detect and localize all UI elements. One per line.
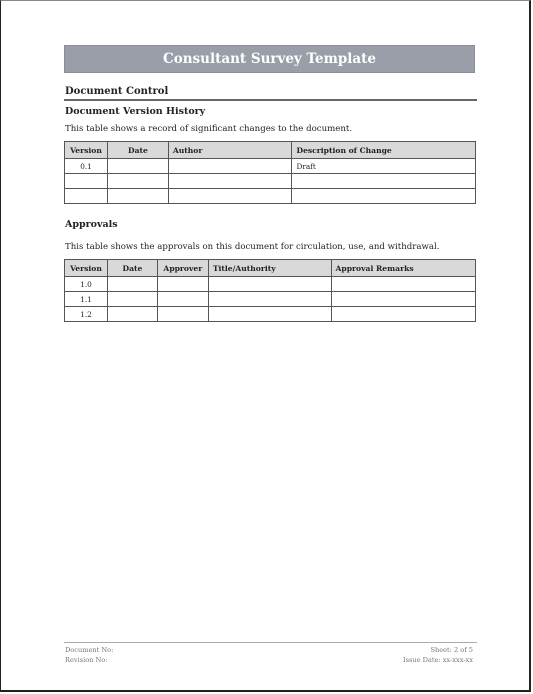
table-cell[interactable] [331,307,475,322]
table-cell[interactable]: 1.1 [65,292,108,307]
approvals-table: Version Date Approver Title/Authority Ap… [64,259,476,322]
heading-divider [64,99,477,101]
sheet-number: Sheet: 2 of 5 [403,645,473,655]
footer-left: Document No: Revision No: [65,645,113,665]
table-cell[interactable] [208,277,331,292]
table-row [65,174,476,189]
revision-number-label: Revision No: [65,655,113,665]
table-cell[interactable] [107,159,168,174]
document-number-label: Document No: [65,645,113,655]
table-cell[interactable] [107,174,168,189]
table-row [65,189,476,204]
table-row: 1.0 [65,277,476,292]
version-history-description: This table shows a record of significant… [65,124,352,134]
table-cell[interactable] [292,174,476,189]
column-header: Approver [157,260,208,277]
document-page: Consultant Survey Template Document Cont… [0,0,531,692]
version-history-heading: Document Version History [65,106,205,117]
version-history-table: Version Date Author Description of Chang… [64,141,476,204]
table-cell[interactable] [208,307,331,322]
column-header: Description of Change [292,142,476,159]
column-header: Date [107,260,157,277]
table-cell[interactable] [168,189,292,204]
column-header: Author [168,142,292,159]
table-cell[interactable] [157,277,208,292]
table-cell[interactable] [168,174,292,189]
table-cell[interactable]: Draft [292,159,476,174]
table-row: 0.1 Draft [65,159,476,174]
table-cell[interactable] [107,189,168,204]
table-cell[interactable] [208,292,331,307]
table-cell[interactable] [107,277,157,292]
table-cell[interactable]: 1.0 [65,277,108,292]
approvals-heading: Approvals [65,219,118,230]
footer-divider [64,642,477,643]
approvals-description: This table shows the approvals on this d… [65,242,439,252]
table-row: 1.1 [65,292,476,307]
table-cell[interactable] [107,292,157,307]
table-cell[interactable] [168,159,292,174]
footer-right: Sheet: 2 of 5 Issue Date: xx-xxx-xx [403,645,473,665]
table-cell[interactable] [107,307,157,322]
section-heading-document-control: Document Control [65,86,168,97]
table-cell[interactable] [331,292,475,307]
column-header: Title/Authority [208,260,331,277]
column-header: Approval Remarks [331,260,475,277]
table-header-row: Version Date Author Description of Chang… [65,142,476,159]
table-row: 1.2 [65,307,476,322]
column-header: Version [65,260,108,277]
issue-date: Issue Date: xx-xxx-xx [403,655,473,665]
table-cell[interactable] [157,307,208,322]
table-cell[interactable] [331,277,475,292]
table-cell[interactable]: 1.2 [65,307,108,322]
table-cell[interactable] [292,189,476,204]
column-header: Version [65,142,108,159]
table-cell[interactable] [157,292,208,307]
table-cell[interactable] [65,174,108,189]
table-cell[interactable]: 0.1 [65,159,108,174]
table-header-row: Version Date Approver Title/Authority Ap… [65,260,476,277]
table-cell[interactable] [65,189,108,204]
column-header: Date [107,142,168,159]
document-title: Consultant Survey Template [64,45,475,73]
